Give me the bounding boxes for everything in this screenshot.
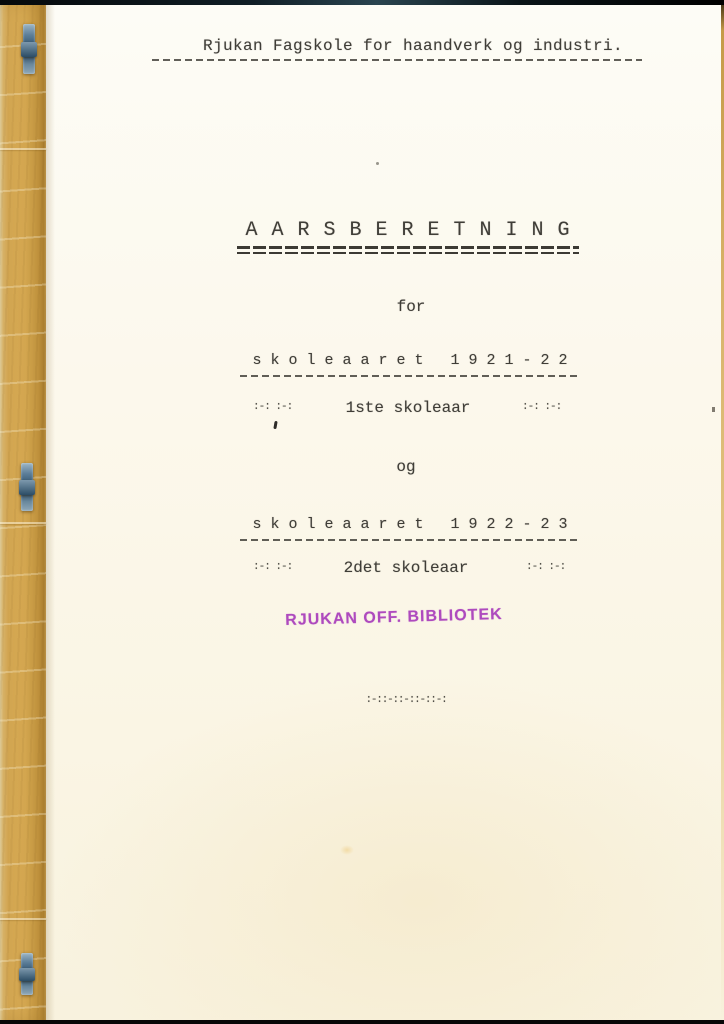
scanned-title-page: Rjukan Fagskole for haandverk og industr… bbox=[0, 0, 724, 1024]
scan-edge-bottom bbox=[0, 1020, 724, 1024]
conjunction-og: og bbox=[396, 458, 415, 476]
staple-top-icon bbox=[23, 24, 35, 74]
school-year-2-heading: s k o l e a a r e t 1 9 2 2 - 2 3 bbox=[252, 516, 567, 533]
footer-decorative-marks: :-::-::-::-::-: bbox=[365, 694, 446, 706]
ink-speck bbox=[376, 162, 379, 165]
staple-bottom-icon bbox=[21, 953, 33, 995]
page-title: A A R S B E R E T N I N G bbox=[245, 219, 570, 242]
decorative-marks-left: :-: :-: bbox=[253, 401, 292, 413]
staple-middle-icon bbox=[21, 463, 33, 511]
library-stamp: RJUKAN OFF. BIBLIOTEK bbox=[285, 606, 503, 630]
edge-speck bbox=[712, 407, 715, 412]
preposition-for: for bbox=[397, 298, 426, 316]
spine-crease bbox=[0, 522, 46, 524]
decorative-marks-right: :-: :-: bbox=[522, 401, 561, 413]
decorative-marks-right: :-: :-: bbox=[526, 561, 565, 573]
school-year-1-label: 1ste skoleaar bbox=[346, 399, 471, 417]
title-underline bbox=[237, 246, 579, 254]
decorative-marks-left: :-: :-: bbox=[253, 561, 292, 573]
school-year-2-label: 2det skoleaar bbox=[344, 559, 469, 577]
ink-smudge bbox=[273, 421, 277, 429]
school-year-2-underline bbox=[240, 539, 578, 541]
spine-crease bbox=[0, 918, 46, 920]
spine-crease bbox=[0, 148, 46, 150]
scan-edge-top bbox=[0, 0, 724, 5]
title-underline-row bbox=[237, 246, 579, 249]
title-underline-row bbox=[237, 252, 579, 255]
paper-stain bbox=[340, 845, 354, 855]
school-year-1-heading: s k o l e a a r e t 1 9 2 1 - 2 2 bbox=[252, 352, 567, 369]
header-underline bbox=[152, 59, 642, 61]
school-year-1-underline bbox=[240, 375, 578, 377]
document-header: Rjukan Fagskole for haandverk og industr… bbox=[203, 37, 623, 55]
binding-spine bbox=[0, 0, 46, 1024]
